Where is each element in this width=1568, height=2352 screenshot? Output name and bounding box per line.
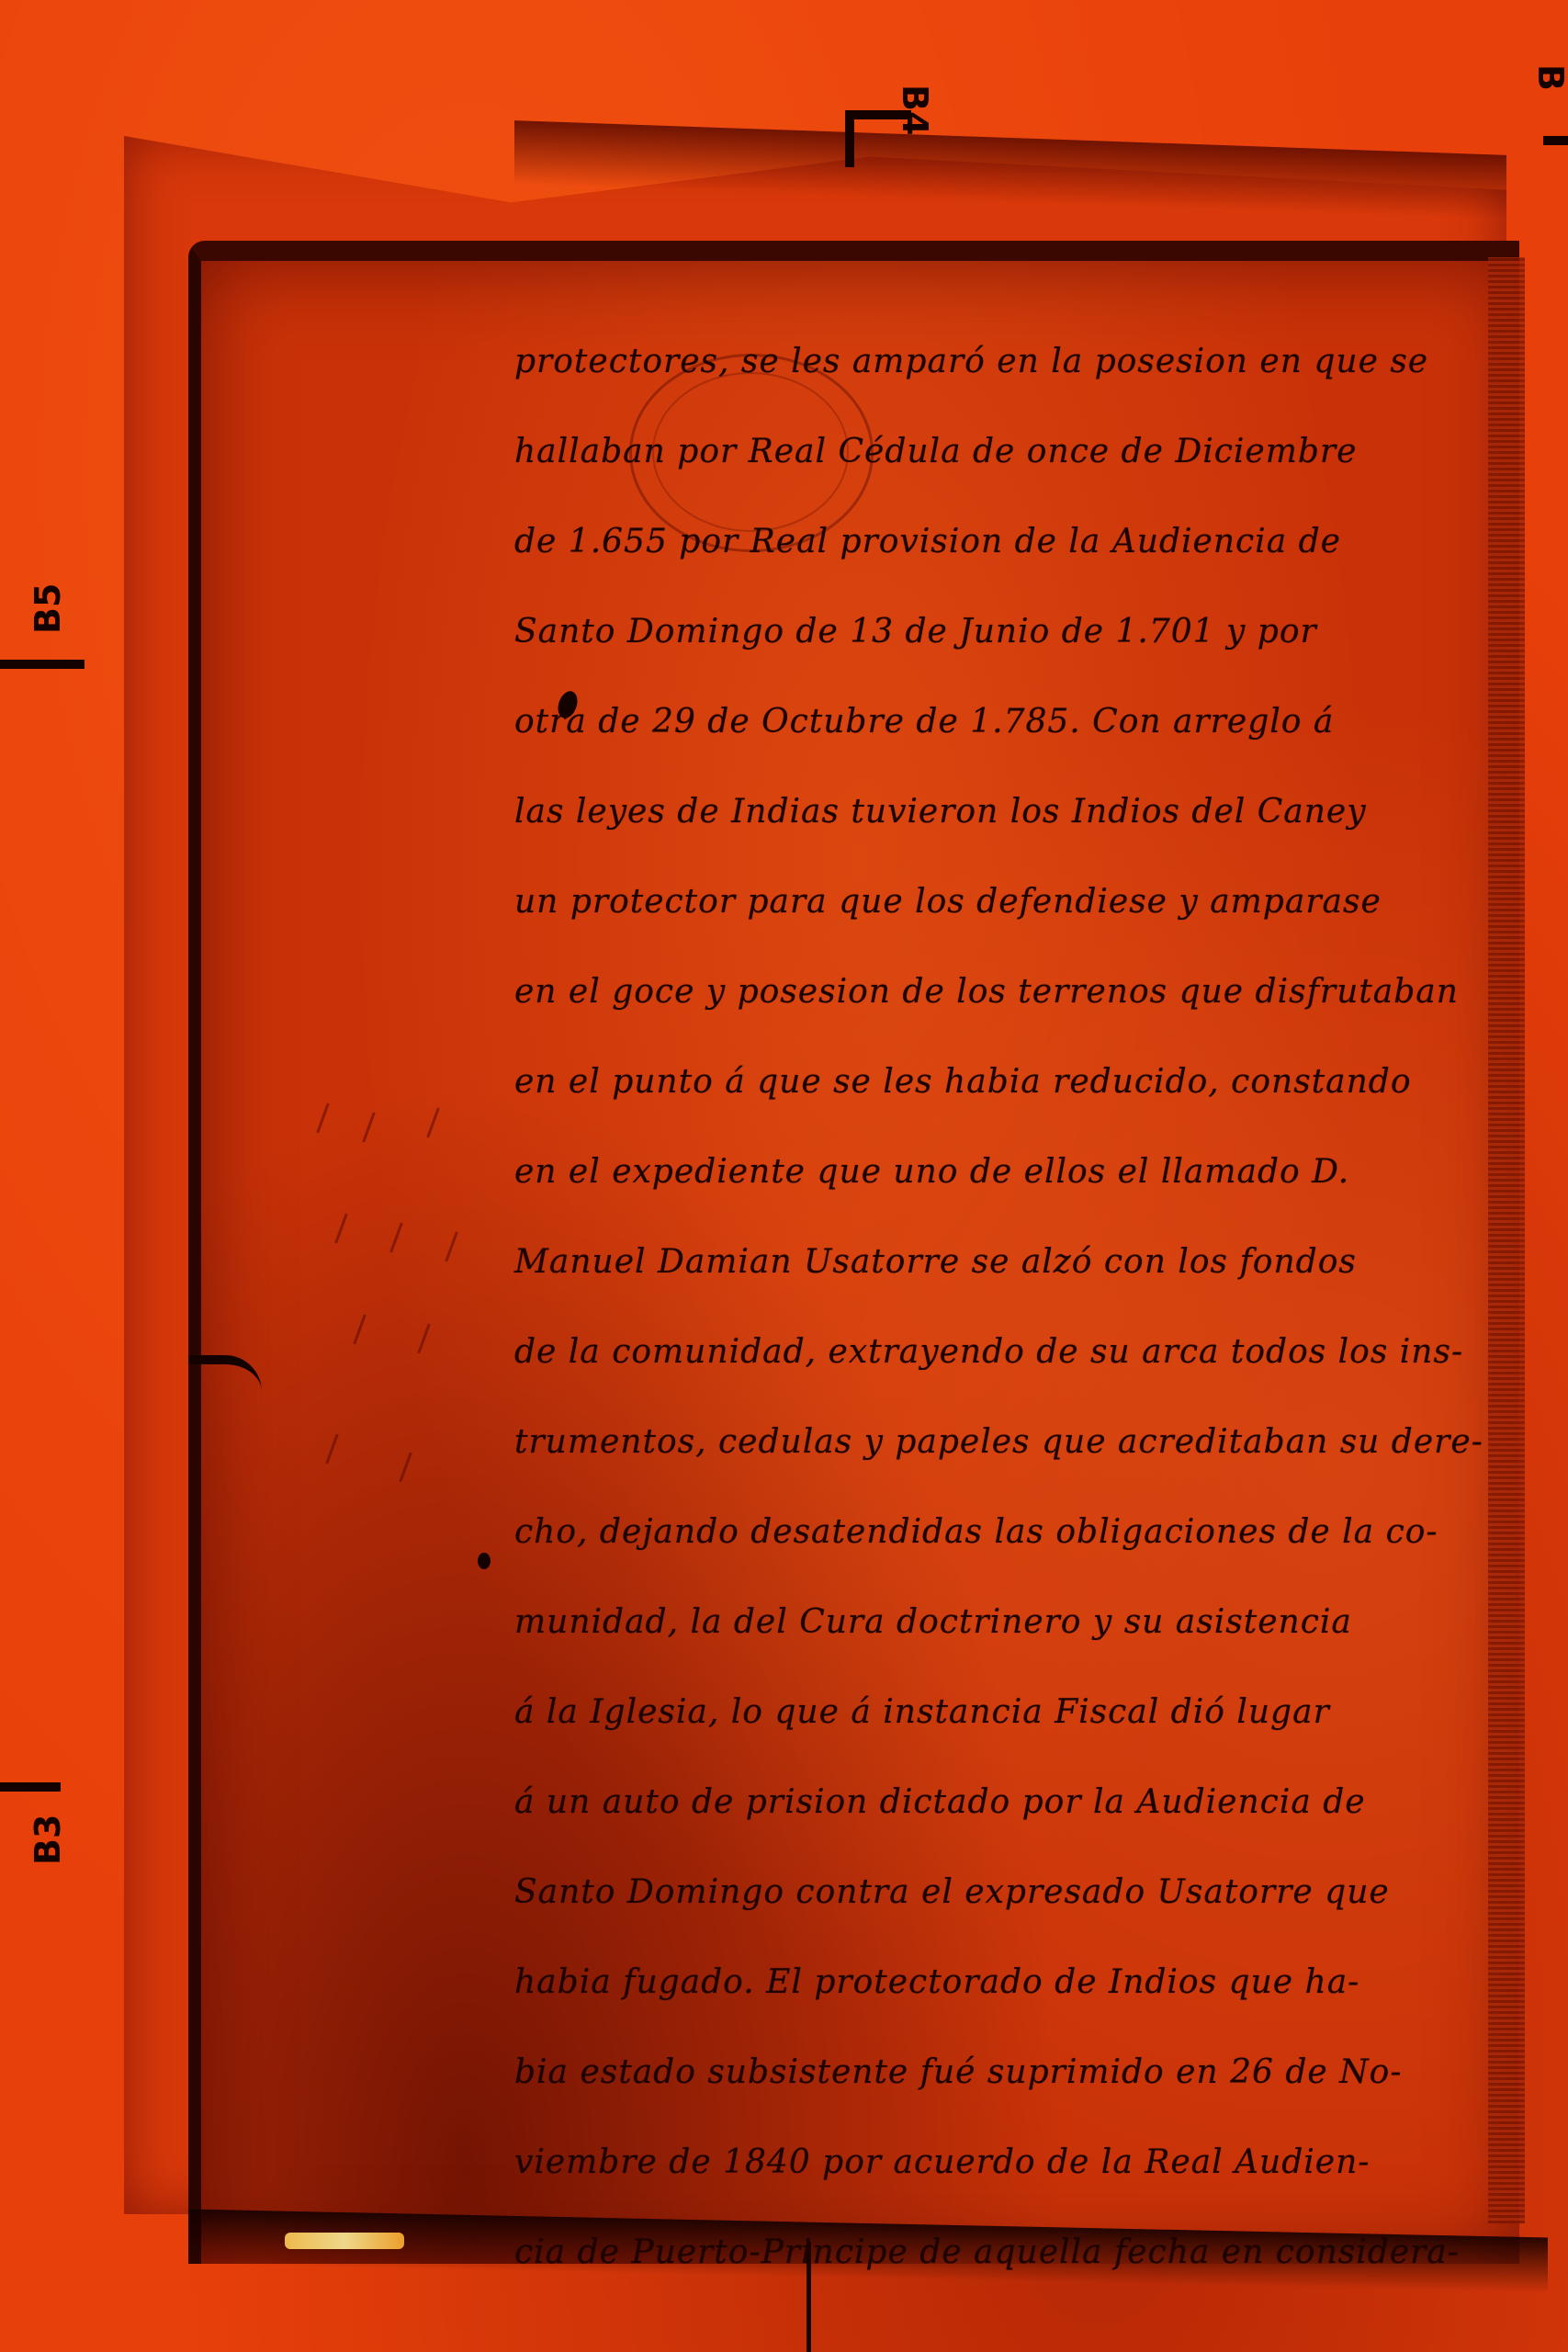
text-line: un protector para que los defendiese y a…	[514, 857, 1442, 947]
marker-b4-label: B4	[895, 85, 935, 135]
marker-b5-line	[0, 660, 85, 669]
text-line: las leyes de Indias tuvieron los Indios …	[514, 767, 1442, 857]
text-line: protectores, se les amparó en la posesio…	[514, 317, 1442, 407]
page-binding-edge	[1488, 257, 1525, 2223]
marker-right-line	[1543, 136, 1568, 145]
text-line: otra de 29 de Octubre de 1.785. Con arre…	[514, 677, 1442, 767]
text-line: de la comunidad, extrayendo de su arca t…	[514, 1307, 1442, 1397]
text-line: en el goce y posesion de los terrenos qu…	[514, 947, 1442, 1037]
ink-blot	[478, 1553, 491, 1569]
light-glare	[285, 2233, 404, 2249]
text-line: bia estado subsistente fué suprimido en …	[514, 2028, 1442, 2118]
text-line: á un auto de prision dictado por la Audi…	[514, 1758, 1442, 1848]
marker-b3-label: B3	[28, 1815, 68, 1865]
bleed-through-marks	[303, 1084, 487, 1599]
marker-b5-label: B5	[28, 583, 68, 634]
text-line: trumentos, cedulas y papeles que acredit…	[514, 1397, 1442, 1487]
handwritten-text-block: protectores, se les amparó en la posesio…	[514, 317, 1442, 2298]
text-line: cho, dejando desatendidas las obligacion…	[514, 1487, 1442, 1577]
text-line: de 1.655 por Real provision de la Audien…	[514, 497, 1442, 587]
text-line: en el expediente que uno de ellos el lla…	[514, 1127, 1442, 1217]
text-line: hallaban por Real Cédula de once de Dici…	[514, 407, 1442, 497]
text-line: habia fugado. El protectorado de Indios …	[514, 1938, 1442, 2028]
text-line: Manuel Damian Usatorre se alzó con los f…	[514, 1217, 1442, 1307]
text-line: cia de Puerto-Principe de aquella fecha …	[514, 2208, 1442, 2298]
text-line: Santo Domingo de 13 de Junio de 1.701 y …	[514, 587, 1442, 677]
marker-b4-bracket-stem	[845, 110, 854, 167]
text-line: en el punto á que se les habia reducido,…	[514, 1037, 1442, 1127]
marker-b3-line	[0, 1782, 61, 1792]
text-line: munidad, la del Cura doctrinero y su asi…	[514, 1577, 1442, 1668]
text-line: viembre de 1840 por acuerdo de la Real A…	[514, 2118, 1442, 2208]
text-line: á la Iglesia, lo que á instancia Fiscal …	[514, 1668, 1442, 1758]
text-line: Santo Domingo contra el expresado Usator…	[514, 1848, 1442, 1938]
marker-right-label: B	[1530, 64, 1568, 91]
